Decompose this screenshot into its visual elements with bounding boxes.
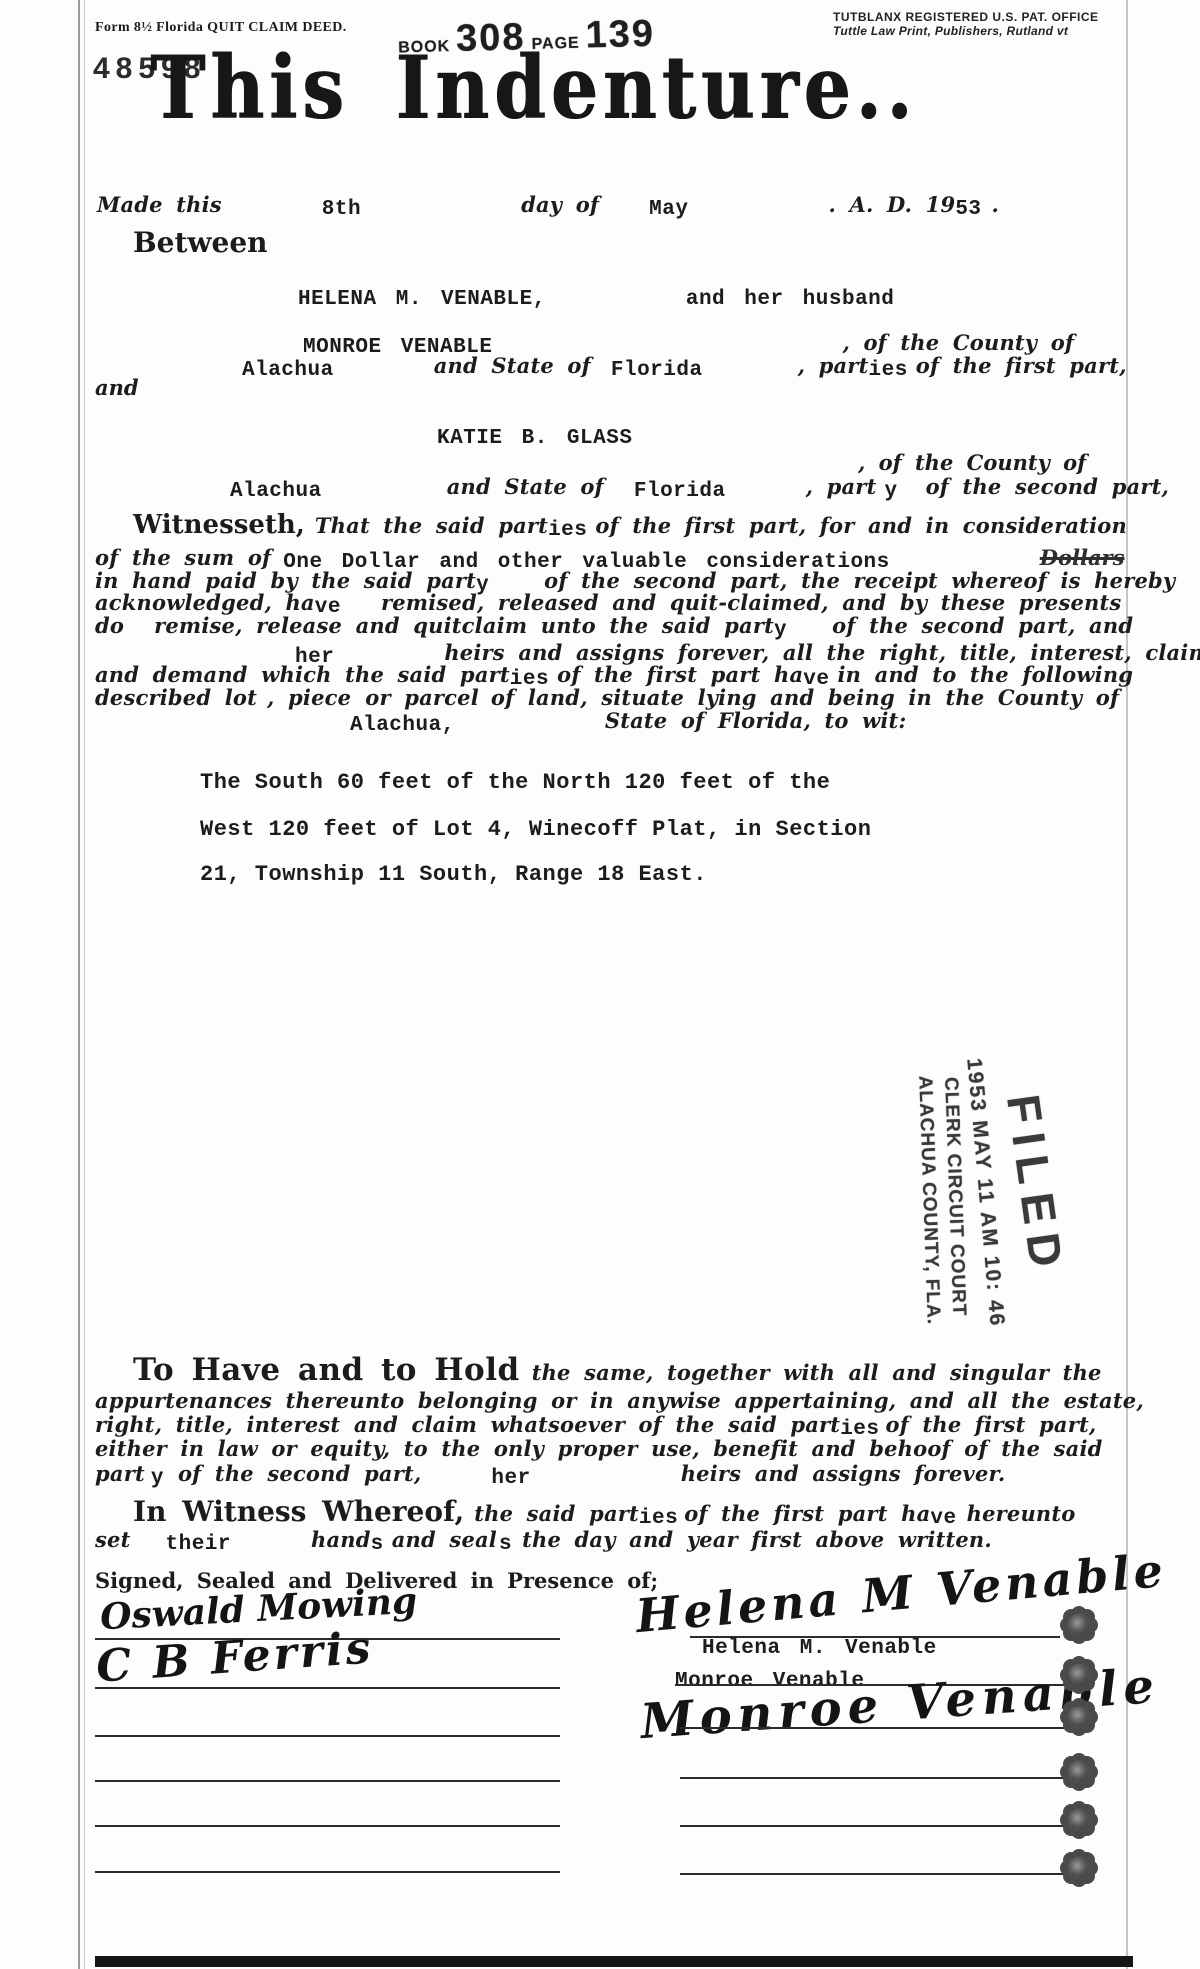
property-description-line-2: West 120 feet of Lot 4, Winecoff Plat, i… [200, 817, 871, 842]
scan-bottom-bar [95, 1956, 1133, 1967]
document-title: This Indenture.. [150, 38, 917, 139]
witnesseth-line-9: Alachua,State of Florida, to wit: [95, 708, 906, 735]
seal-rosette-2 [1068, 1664, 1090, 1686]
filed-county-line: ALACHUA COUNTY, FLA. [913, 1076, 944, 1326]
tohave-line-5: partyof the second part,herheirs and ass… [95, 1461, 1005, 1488]
party2-county-suffix: , of the County of [858, 450, 1086, 475]
witness-clause-line-1: In Witness Whereof,the said partiesof th… [133, 1495, 1076, 1528]
party2-state-line: Alachuaand State ofFlorida, partyof the … [230, 474, 1169, 501]
witnesseth-line-1: Witnesseth,That the said partiesof the f… [133, 510, 1127, 540]
seal-rosette-3 [1068, 1706, 1090, 1728]
printer-name: TUTBLANX REGISTERED U.S. PAT. OFFICE [833, 10, 1099, 24]
property-description-line-3: 21, Township 11 South, Range 18 East. [200, 862, 707, 887]
property-description-line-1: The South 60 feet of the North 120 feet … [200, 770, 830, 795]
scan-edge-line-left-outer [78, 0, 80, 1969]
witness-clause-line-2: settheirhandsand sealsthe day and year f… [95, 1527, 992, 1554]
witnesseth-line-5: doremise, release and quitclaim unto the… [95, 613, 1133, 640]
party1-name-line: HELENA M. VENABLE,and her husband [298, 283, 894, 309]
tohave-line-1: To Have and to Holdthe same, together wi… [133, 1352, 1102, 1388]
deed-document-page: Form 8½ Florida QUIT CLAIM DEED. BOOK 30… [0, 0, 1200, 1969]
tohave-line-4: either in law or equity, to the only pro… [95, 1436, 1103, 1462]
grantor-blank-line-1 [680, 1777, 1075, 1779]
party2-name: KATIE B. GLASS [437, 427, 632, 450]
printer-imprint: TUTBLANX REGISTERED U.S. PAT. OFFICE Tut… [833, 10, 1099, 38]
between-label: Between [133, 226, 268, 259]
seal-rosette-1 [1068, 1614, 1090, 1636]
grantor-blank-line-2 [680, 1825, 1075, 1827]
made-date-line: Made this8thday ofMay. A. D. 1953. [97, 192, 999, 219]
and-connector: and [95, 375, 139, 400]
monroe-signature-line [680, 1727, 1075, 1729]
printer-subtitle: Tuttle Law Print, Publishers, Rutland vt [833, 24, 1099, 38]
grantor-blank-line-3 [680, 1873, 1075, 1875]
witness-blank-line-1 [95, 1735, 560, 1737]
witness2-signature-line [95, 1687, 560, 1689]
party1-state-line: Alachuaand State ofFlorida, partiesof th… [242, 353, 1127, 380]
seal-rosette-5 [1068, 1809, 1090, 1831]
witness-blank-line-2 [95, 1780, 560, 1782]
seal-rosette-6 [1068, 1857, 1090, 1879]
filed-stamp-inner: FILED 1953 MAY 11 AM 10: 46 CLERK CIRCUI… [834, 1036, 1146, 1348]
form-label: Form 8½ Florida QUIT CLAIM DEED. [95, 20, 347, 36]
seal-rosette-4 [1068, 1761, 1090, 1783]
filed-label: FILED [996, 1091, 1075, 1280]
tohave-line-3: right, title, interest and claim whatsoe… [95, 1412, 1096, 1439]
filed-clerk-line: CLERK CIRCUIT COURT [939, 1077, 969, 1317]
helena-typed-name: Helena M. Venable [702, 1637, 937, 1660]
filed-stamp: FILED 1953 MAY 11 AM 10: 46 CLERK CIRCUI… [852, 1054, 1128, 1330]
witness-blank-line-3 [95, 1825, 560, 1827]
scan-edge-line-left-inner [84, 0, 85, 1969]
witness-blank-line-4 [95, 1871, 560, 1873]
tohave-line-2: appurtenances thereunto belonging or in … [95, 1388, 1144, 1414]
